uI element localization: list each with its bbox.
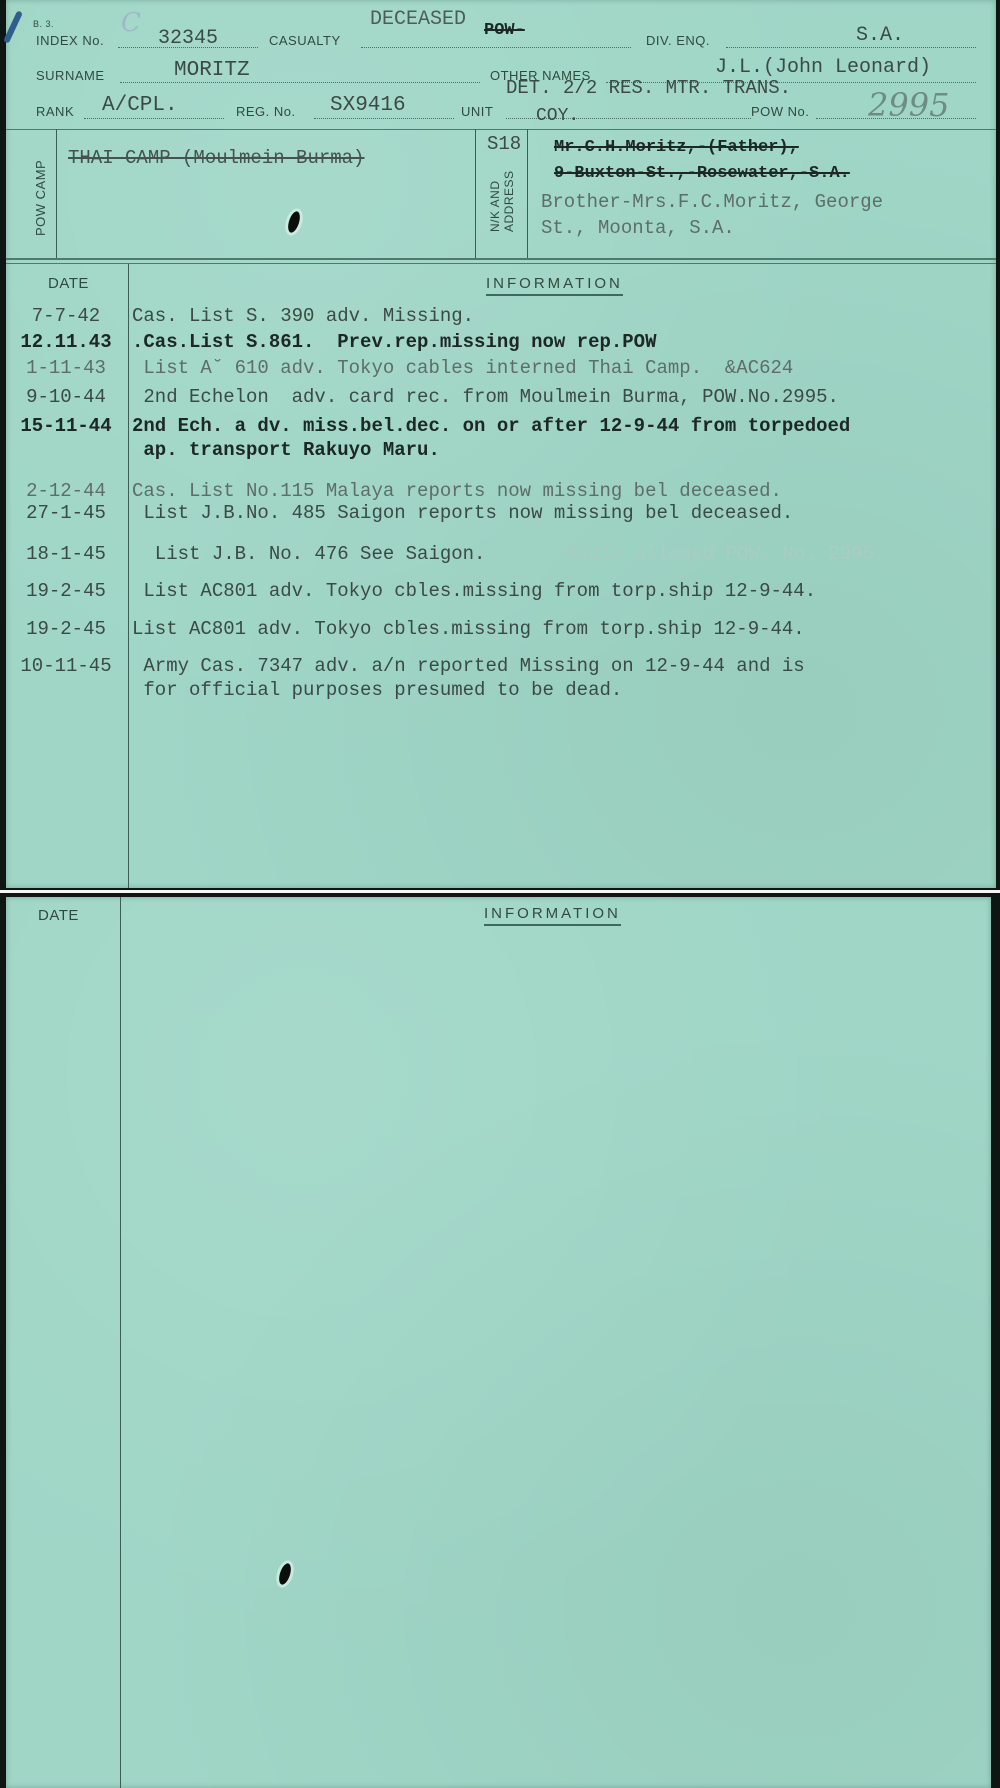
- back-punch-hole: [277, 1562, 293, 1586]
- ghost-erased-text: Radio alleged POW. No. 2995.: [566, 543, 885, 565]
- entry-text: List AC801 adv. Tokyo cbles.missing from…: [132, 618, 805, 640]
- record-card-back: DATE INFORMATION: [6, 897, 991, 1788]
- casualty-label: CASUALTY: [269, 33, 341, 48]
- nk-label-divider: [527, 129, 528, 258]
- entry-date: 10-11-45: [6, 655, 126, 677]
- entry-text: 2nd Ech. a dv. miss.bel.dec. on or after…: [132, 415, 850, 437]
- information-header: INFORMATION: [486, 275, 623, 296]
- entry-date: 18-1-45: [6, 543, 126, 565]
- surname-label: SURNAME: [36, 68, 105, 83]
- record-card-front: B. 3. C INDEX No. 32345 CASUALTY DECEASE…: [6, 0, 996, 888]
- pow-camp-label: POW CAMP: [33, 160, 48, 236]
- entry-text: ap. transport Rakuyo Maru.: [132, 439, 440, 461]
- casualty-struck-value: POW-: [484, 21, 525, 40]
- entry-text: List J.B.No. 485 Saigon reports now miss…: [132, 502, 793, 524]
- casualty-line: [361, 47, 631, 48]
- nk-and-label: N/K AND: [488, 180, 502, 232]
- entry-date: 15-11-44: [6, 415, 126, 437]
- entry-text: Army Cas. 7347 adv. a/n reported Missing…: [132, 655, 805, 677]
- header-divider: [6, 129, 996, 130]
- reg-no-label: REG. No.: [236, 104, 296, 119]
- blue-pen-mark: [3, 10, 23, 43]
- punch-hole: [286, 210, 302, 234]
- pow-no-handwritten: 2995: [868, 86, 949, 124]
- div-enq-line: [726, 47, 976, 48]
- back-date-column-divider: [120, 897, 121, 1788]
- nk-struck-line2: 9-Buxton-St.,-Rosewater,-S.A.: [554, 164, 850, 183]
- form-code: B. 3.: [33, 19, 54, 29]
- rank-value: A/CPL.: [102, 94, 178, 117]
- index-no-value: 32345: [158, 27, 218, 50]
- reg-no-value: SX9416: [330, 94, 406, 117]
- pow-camp-label-divider: [56, 129, 57, 258]
- nk-code: S18: [487, 133, 521, 155]
- nk-address-line1: Brother-Mrs.F.C.Moritz, George: [541, 191, 883, 213]
- entry-date: 9-10-44: [6, 386, 126, 408]
- date-column-divider: [128, 264, 129, 888]
- unit-value-line1: DET. 2/2 RES. MTR. TRANS.: [506, 77, 791, 99]
- div-enq-value: S.A.: [856, 24, 904, 47]
- info-top-divider-2: [6, 263, 996, 264]
- pow-no-label: POW No.: [751, 104, 809, 119]
- surname-line: [120, 82, 480, 83]
- unit-value-line2: COY.: [536, 106, 579, 126]
- back-date-header: DATE: [38, 907, 79, 924]
- info-top-divider-1: [6, 258, 996, 260]
- entry-text: Cas. List No.115 Malaya reports now miss…: [132, 480, 782, 502]
- entry-text: 2nd Echelon adv. card rec. from Moulmein…: [132, 386, 839, 408]
- pencil-mark: C: [121, 8, 141, 38]
- entry-text: List A˘ 610 adv. Tokyo cables interned T…: [132, 357, 793, 379]
- entry-date: 27-1-45: [6, 502, 126, 524]
- entry-text: .Cas.List S.861. Prev.rep.missing now re…: [132, 331, 657, 353]
- rank-label: RANK: [36, 104, 74, 119]
- entry-text: for official purposes presumed to be dea…: [132, 679, 622, 701]
- entry-date: 19-2-45: [6, 618, 126, 640]
- pow-camp-struck-value: THAI CAMP (Moulmein Burma): [68, 147, 364, 169]
- entry-text: List AC801 adv. Tokyo cbles.missing from…: [132, 580, 816, 602]
- index-no-label: INDEX No.: [36, 33, 104, 48]
- card-separator: [0, 890, 1000, 893]
- div-enq-label: DIV. ENQ.: [646, 33, 710, 48]
- back-information-header: INFORMATION: [484, 905, 621, 926]
- entry-text: Cas. List S. 390 adv. Missing.: [132, 305, 474, 327]
- entry-text: List J.B. No. 476 See Saigon.: [132, 543, 485, 565]
- entry-date: 2-12-44: [6, 480, 126, 502]
- other-names-value: J.L.(John Leonard): [715, 56, 931, 79]
- reg-no-line: [314, 118, 454, 119]
- entry-date: 1-11-43: [6, 357, 126, 379]
- address-label: ADDRESS: [502, 170, 516, 232]
- surname-value: MORITZ: [174, 59, 250, 82]
- nk-struck-line1: Mr.C.H.Moritz,-(Father),: [554, 138, 799, 157]
- entry-date: 7-7-42: [6, 305, 126, 327]
- entry-date: 12.11.43: [6, 331, 126, 353]
- rank-line: [84, 118, 224, 119]
- date-header: DATE: [48, 275, 89, 292]
- unit-label: UNIT: [461, 104, 493, 119]
- nk-divider: [475, 129, 476, 258]
- casualty-stamp: DECEASED: [370, 8, 466, 31]
- entry-date: 19-2-45: [6, 580, 126, 602]
- nk-address-line2: St., Moonta, S.A.: [541, 217, 735, 239]
